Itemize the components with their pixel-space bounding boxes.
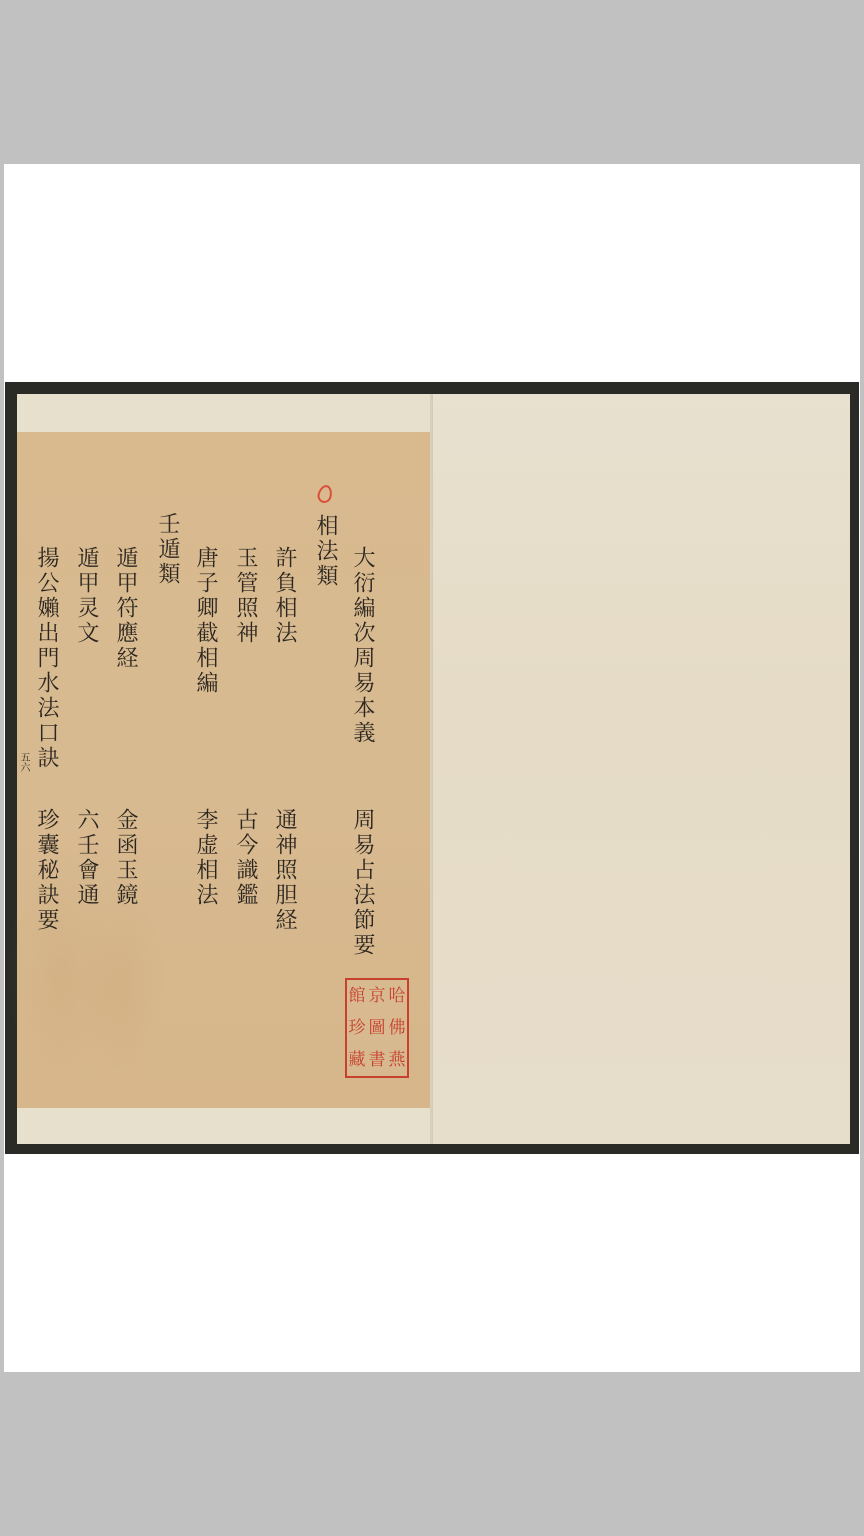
seal-char: 圖	[367, 1012, 387, 1044]
text-column: 珍囊秘訣要	[35, 808, 57, 933]
text-column: 古今識鑑	[234, 808, 256, 908]
text-column: 周易占法節要	[351, 808, 373, 958]
text-column: 六壬會通	[75, 808, 97, 908]
text-column: 李虚相法	[194, 808, 216, 908]
text-column: 金函玉鏡	[114, 808, 136, 908]
seal-char: 藏	[347, 1044, 367, 1076]
right-page-blank	[432, 394, 850, 1144]
seal-char: 燕	[387, 1044, 407, 1076]
text-column: 唐子卿截相編	[194, 546, 216, 696]
text-column: 玉管照神	[234, 546, 256, 646]
seal-char: 哈	[387, 980, 407, 1012]
seal-char: 佛	[387, 1012, 407, 1044]
seal-char: 京	[367, 980, 387, 1012]
text-column: 遁甲符應経	[114, 546, 136, 671]
text-column: 通神照胆経	[273, 808, 295, 933]
collection-seal: 哈 佛 燕 京 圖 書 館 珍 藏	[345, 978, 409, 1078]
category-heading: 相法類	[314, 514, 336, 589]
text-column: 大衍編次周易本義	[351, 546, 373, 746]
seal-char: 館	[347, 980, 367, 1012]
text-column: 許負相法	[273, 546, 295, 646]
text-column: 揚公嬾出門水法口訣	[35, 546, 57, 771]
seal-char: 珍	[347, 1012, 367, 1044]
category-heading: 壬遁類	[156, 512, 178, 587]
page-number: 五六	[18, 752, 28, 772]
seal-char: 書	[367, 1044, 387, 1076]
text-column: 遁甲灵文	[75, 546, 97, 646]
